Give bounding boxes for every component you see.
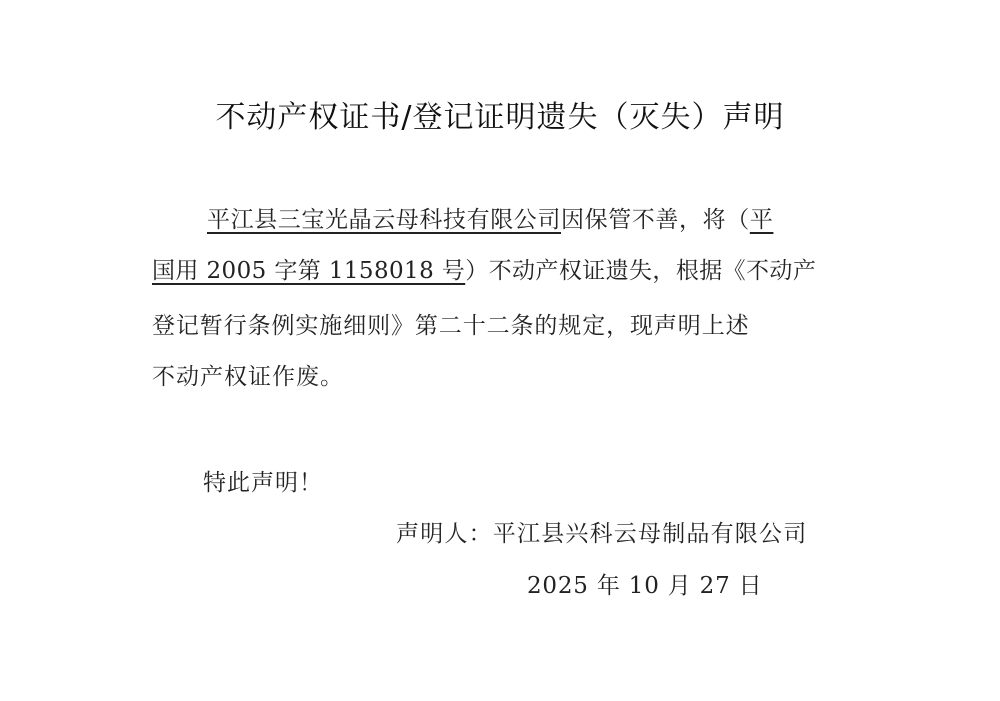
body-line-4: 不动产权证作废。 xyxy=(152,362,344,392)
body-line-3: 登记暂行条例实施细则》第二十二条的规定，现声明上述 xyxy=(152,311,750,341)
certificate-number-start: 平 xyxy=(750,207,774,233)
closing-statement: 特此声明！ xyxy=(203,468,323,498)
certificate-number: 国用 2005 字第 1158018 号 xyxy=(152,258,465,284)
declaration-date: 2025 年 10 月 27 日 xyxy=(527,571,762,601)
document-title: 不动产权证书/登记证明遗失（灭失）声明 xyxy=(0,98,1000,138)
body-line-2: 国用 2005 字第 1158018 号）不动产权证遗失，根据《不动产 xyxy=(152,256,816,286)
owner-company-name: 平江县三宝光晶云母科技有限公司 xyxy=(207,207,561,233)
body-text: ）不动产权证遗失，根据《不动产 xyxy=(465,258,816,284)
body-text: 因保管不善，将（ xyxy=(561,207,750,233)
declarant: 声明人：平江县兴科云母制品有限公司 xyxy=(396,519,807,549)
body-line-1: 平江县三宝光晶云母科技有限公司因保管不善，将（平 xyxy=(207,205,773,235)
